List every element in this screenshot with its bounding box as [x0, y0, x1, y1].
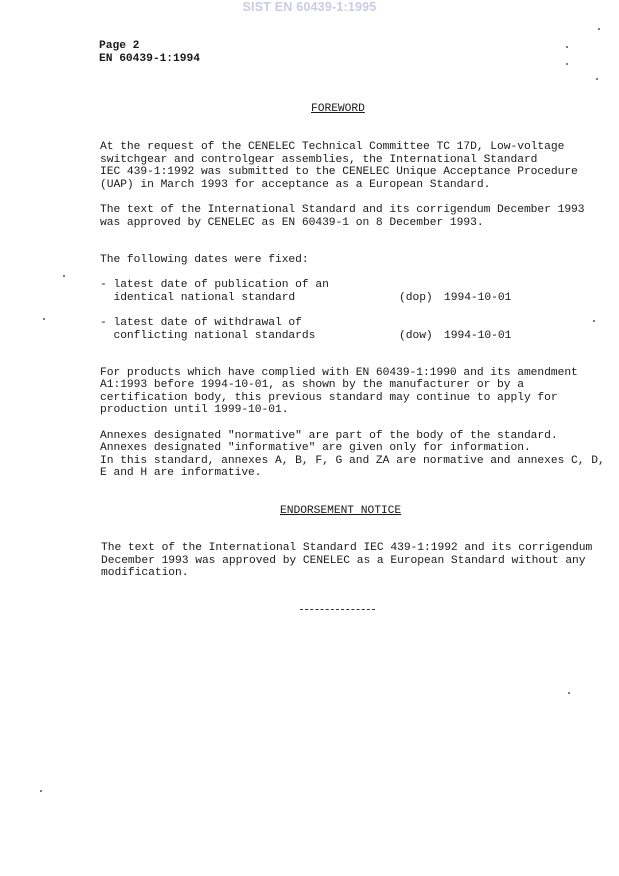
endorsement-line3: modification. [101, 567, 188, 580]
foreword-para4-line1: Annexes designated "normative" are part … [100, 430, 558, 443]
foreword-para4-line3: In this standard, annexes A, B, F, G and… [100, 455, 605, 468]
date-dop-value: 1994-10-01 [444, 292, 511, 305]
scan-speck [598, 28, 600, 30]
foreword-para1-line2: switchgear and controlgear assemblies, t… [100, 154, 537, 167]
scan-speck [566, 46, 568, 48]
scan-speck [63, 275, 65, 277]
scan-speck [568, 692, 570, 694]
foreword-para3-line3: certification body, this previous standa… [100, 392, 558, 405]
date-dop-line1: - latest date of publication of an [100, 279, 329, 292]
watermark: SIST EN 60439-1:1995 [0, 0, 619, 14]
scan-speck [43, 318, 45, 320]
date-dow-abbr: (dow) [399, 330, 433, 343]
foreword-para2-line1: The text of the International Standard a… [100, 204, 585, 217]
foreword-para1-line4: (UAP) in March 1993 for acceptance as a … [100, 179, 490, 192]
endorsement-title: ENDORSEMENT NOTICE [280, 505, 401, 518]
foreword-para3-line1: For products which have complied with EN… [100, 367, 578, 380]
standard-id: EN 60439-1:1994 [99, 53, 200, 66]
endorsement-line2: December 1993 was approved by CENELEC as… [101, 555, 586, 568]
scan-speck [566, 63, 568, 65]
date-dow-line1: - latest date of withdrawal of [100, 317, 302, 330]
foreword-para4-line4: E and H are informative. [100, 467, 262, 480]
dates-intro: The following dates were fixed: [100, 254, 309, 267]
endorsement-line1: The text of the International Standard I… [101, 542, 592, 555]
foreword-para3-line4: production until 1999-10-01. [100, 404, 288, 417]
scan-speck [40, 790, 42, 792]
foreword-para1-line1: At the request of the CENELEC Technical … [100, 141, 564, 154]
date-dow-line2: conflicting national standards [100, 330, 315, 343]
foreword-para2-line2: was approved by CENELEC as EN 60439-1 on… [100, 217, 484, 230]
date-dop-line2: identical national standard [100, 292, 295, 305]
foreword-para1-line3: IEC 439-1:1992 was submitted to the CENE… [100, 166, 578, 179]
foreword-para4-line2: Annexes designated "informative" are giv… [100, 442, 531, 455]
scan-speck [593, 320, 595, 322]
date-dow-value: 1994-10-01 [444, 330, 511, 343]
foreword-title: FOREWORD [311, 103, 365, 116]
end-rule [300, 609, 375, 610]
date-dop-abbr: (dop) [399, 292, 433, 305]
foreword-para3-line2: A1:1993 before 1994-10-01, as shown by t… [100, 379, 524, 392]
scan-speck [596, 78, 598, 80]
page-number: Page 2 [99, 40, 139, 53]
